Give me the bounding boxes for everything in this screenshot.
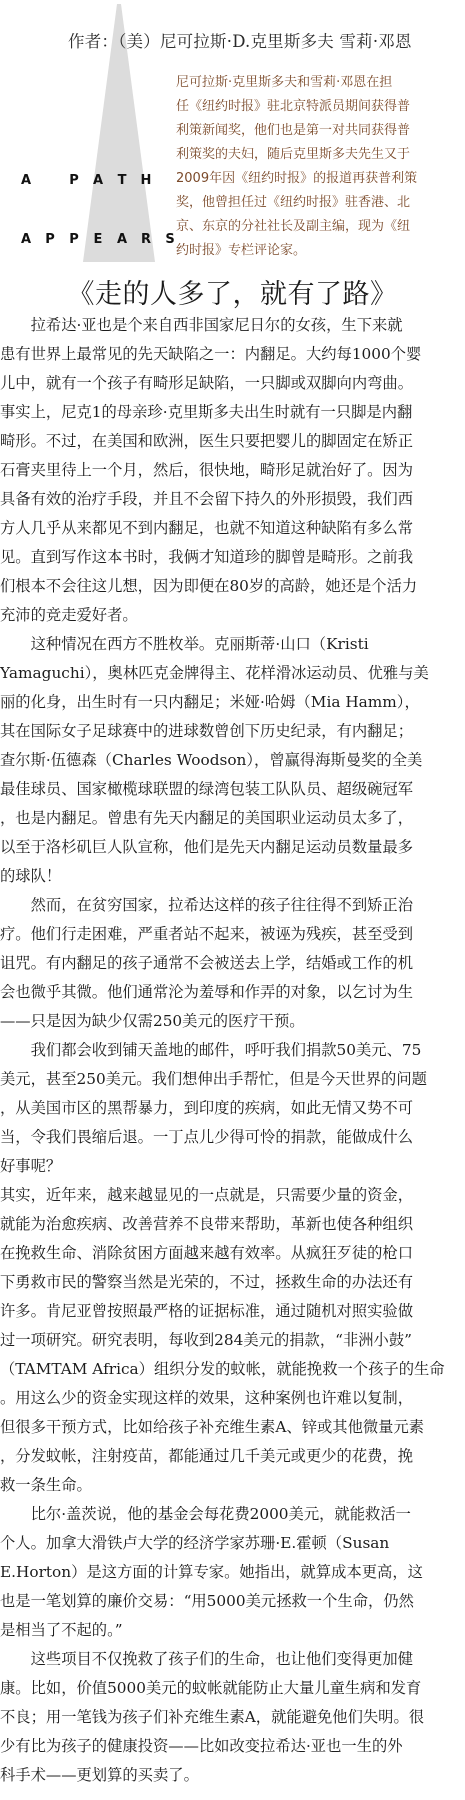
author-line: 作者：（美）尼可拉斯·D.克里斯多夫 雪莉·邓恩 [68, 28, 412, 52]
bio-line: 2009年因《纽约时报》的报道再获普利策 [176, 167, 436, 191]
body-line: E.Horton）是这方面的计算专家。她指出，就算成本更高，这 [0, 1558, 465, 1587]
body-line: （TAMTAM Africa）组织分发的蚊帐，就能挽救一个孩子的生命 [0, 1355, 465, 1384]
body-line: 诅咒。有内翻足的孩子通常不会被送去上学，结婚或工作的机 [0, 949, 465, 978]
logo-letter: A [14, 232, 38, 247]
body-line: 的球队！ [0, 862, 465, 891]
book-header: 作者：（美）尼可拉斯·D.克里斯多夫 雪莉·邓恩 APATH APPEARS 尼… [0, 0, 465, 275]
body-line: 但很多干预方式，比如给孩子补充维生素A、锌或其他微量元素 [0, 1413, 465, 1442]
body-line: 其在国际女子足球赛中的进球数曾创下历史纪录，有内翻足； [0, 717, 465, 746]
body-line: 这种情况在西方不胜枚举。克丽斯蒂·山口（Kristi [0, 630, 465, 659]
logo-letter: A [86, 173, 110, 188]
body-line: 事实上，尼克1的母亲珍·克里斯多夫出生时就有一只脚是内翻 [0, 398, 465, 427]
body-line: 过一项研究。研究表明，每收到284美元的捐款，“非洲小鼓” [0, 1326, 465, 1355]
body-line: 下勇救市民的警察当然是光荣的，不过，拯救生命的办法还有 [0, 1268, 465, 1297]
body-line: 丽的化身，出生时有一只内翻足；米娅·哈姆（Mia Hamm）， [0, 688, 465, 717]
logo-letter: T [110, 173, 134, 188]
body-line: 不良；用一笔钱为孩子们补充维生素A，就能避免他们失明。很 [0, 1703, 465, 1732]
logo-letter: H [134, 173, 158, 188]
body-line: 畸形。不过，在美国和欧洲，医生只要把婴儿的脚固定在矫正 [0, 427, 465, 456]
logo-letter: R [134, 232, 158, 247]
body-line: 拉希达·亚也是个来自西非国家尼日尔的女孩，生下来就 [0, 311, 465, 340]
author-bio: 尼可拉斯·克里斯多夫和雪莉·邓恩在担 任《纽约时报》驻北京特派员期间获得普 利策… [176, 71, 436, 263]
body-line: 康。比如，价值5000美元的蚊帐就能防止大量儿童生病和发育 [0, 1674, 465, 1703]
body-line: ，分发蚊帐，注射疫苗，都能通过几千美元或更少的花费，挽 [0, 1442, 465, 1471]
bio-line: 京、东京的分社社长及副主编，现为《纽 [176, 215, 436, 239]
logo-letter: P [62, 232, 86, 247]
bio-line: 利策奖的夫妇，随后克里斯多夫先生又于 [176, 143, 436, 167]
logo-letter: E [86, 232, 110, 247]
body-line: ——只是因为缺少仅需250美元的医疗干预。 [0, 1007, 465, 1036]
logo-letter: P [38, 232, 62, 247]
body-line: 这些项目不仅挽救了孩子们的生命，也让他们变得更加健 [0, 1645, 465, 1674]
body-line: 少有比为孩子的健康投资——比如改变拉希达·亚也一生的外 [0, 1732, 465, 1761]
body-line: 见。直到写作这本书时，我俩才知道珍的脚曾是畸形。之前我 [0, 543, 465, 572]
body-line: 儿中，就有一个孩子有畸形足缺陷，一只脚或双脚向内弯曲。 [0, 369, 465, 398]
body-line: 好事呢？ [0, 1152, 465, 1181]
body-line: 们根本不会往这儿想，因为即便在80岁的高龄，她还是个活力 [0, 572, 465, 601]
body-line: 美元，甚至250美元。我们想伸出手帮忙，但是今天世界的问题 [0, 1065, 465, 1094]
body-line: 我们都会收到铺天盖地的邮件，呼吁我们捐款50美元、75 [0, 1036, 465, 1065]
bio-line: 奖，他曾担任过《纽约时报》驻香港、北 [176, 191, 436, 215]
bio-line: 约时报》专栏评论家。 [176, 239, 436, 263]
body-line: ，也是内翻足。曾患有先天内翻足的美国职业运动员太多了， [0, 804, 465, 833]
body-line: 救一条生命。 [0, 1471, 465, 1500]
logo-letter: A [110, 232, 134, 247]
body-line: 患有世界上最常见的先天缺陷之一：内翻足。大约每1000个婴 [0, 340, 465, 369]
body-line: 石膏夹里待上一个月，然后，很快地，畸形足就治好了。因为 [0, 456, 465, 485]
body-line: 许多。肯尼亚曾按照最严格的证据标准，通过随机对照实验做 [0, 1297, 465, 1326]
body-line: 其实，近年来，越来越显见的一点就是，只需要少量的资金， [0, 1181, 465, 1210]
body-line: 方人几乎从来都见不到内翻足，也就不知道这种缺陷有多么常 [0, 514, 465, 543]
logo-letter: A [14, 173, 38, 188]
body-line: 也是一笔划算的廉价交易：“用5000美元拯救一个生命，仍然 [0, 1587, 465, 1616]
body-line: 疗。他们行走困难，严重者站不起来，被诬为残疾，甚至受到 [0, 920, 465, 949]
bio-line: 尼可拉斯·克里斯多夫和雪莉·邓恩在担 [176, 71, 436, 95]
body-line: 当，令我们畏缩后退。一丁点儿少得可怜的捐款，能做成什么 [0, 1123, 465, 1152]
body-line: 比尔·盖茨说，他的基金会每花费2000美元，就能救活一 [0, 1500, 465, 1529]
body-line: 。用这么少的资金实现这样的效果，这种案例也许难以复制， [0, 1384, 465, 1413]
body-line: 查尔斯·伍德森（Charles Woodson），曾赢得海斯曼奖的全美 [0, 746, 465, 775]
body-line: Yamaguchi），奥林匹克金牌得主、花样滑冰运动员、优雅与美 [0, 659, 465, 688]
body-line: 最佳球员、国家橄榄球联盟的绿湾包装工队队员、超级碗冠军 [0, 775, 465, 804]
logo-letter: P [62, 173, 86, 188]
body-line: 个人。加拿大滑铁卢大学的经济学家苏珊·E.霍顿（Susan [0, 1529, 465, 1558]
logo-line-a-path: APATH [14, 173, 158, 188]
body-line: 会也微乎其微。他们通常沦为羞辱和作弄的对象，以乞讨为生 [0, 978, 465, 1007]
bio-line: 利策新闻奖，他们也是第一对共同获得普 [176, 119, 436, 143]
body-line: 是相当了不起的。” [0, 1616, 465, 1645]
body-line: 以至于洛杉矶巨人队宣称，他们是先天内翻足运动员数量最多 [0, 833, 465, 862]
body-line: 在挽救生命、消除贫困方面越来越有效率。从疯狂歹徒的枪口 [0, 1239, 465, 1268]
body-line: 充沛的竞走爱好者。 [0, 601, 465, 630]
body-line: ，从美国市区的黑帮暴力，到印度的疾病，如此无情又势不可 [0, 1094, 465, 1123]
body-line: 科手术——更划算的买卖了。 [0, 1761, 465, 1790]
body-line: 具备有效的治疗手段，并且不会留下持久的外形损毁，我们西 [0, 485, 465, 514]
body-line: 就能为治愈疾病、改善营养不良带来帮助，革新也使各种组织 [0, 1210, 465, 1239]
bio-line: 任《纽约时报》驻北京特派员期间获得普 [176, 95, 436, 119]
article-title: 《走的人多了，就有了路》 [0, 272, 465, 311]
logo-line-appears: APPEARS [14, 232, 182, 247]
body-line: 然而，在贫穷国家，拉希达这样的孩子往往得不到矫正治 [0, 891, 465, 920]
article-body: 拉希达·亚也是个来自西非国家尼日尔的女孩，生下来就患有世界上最常见的先天缺陷之一… [0, 311, 465, 1790]
